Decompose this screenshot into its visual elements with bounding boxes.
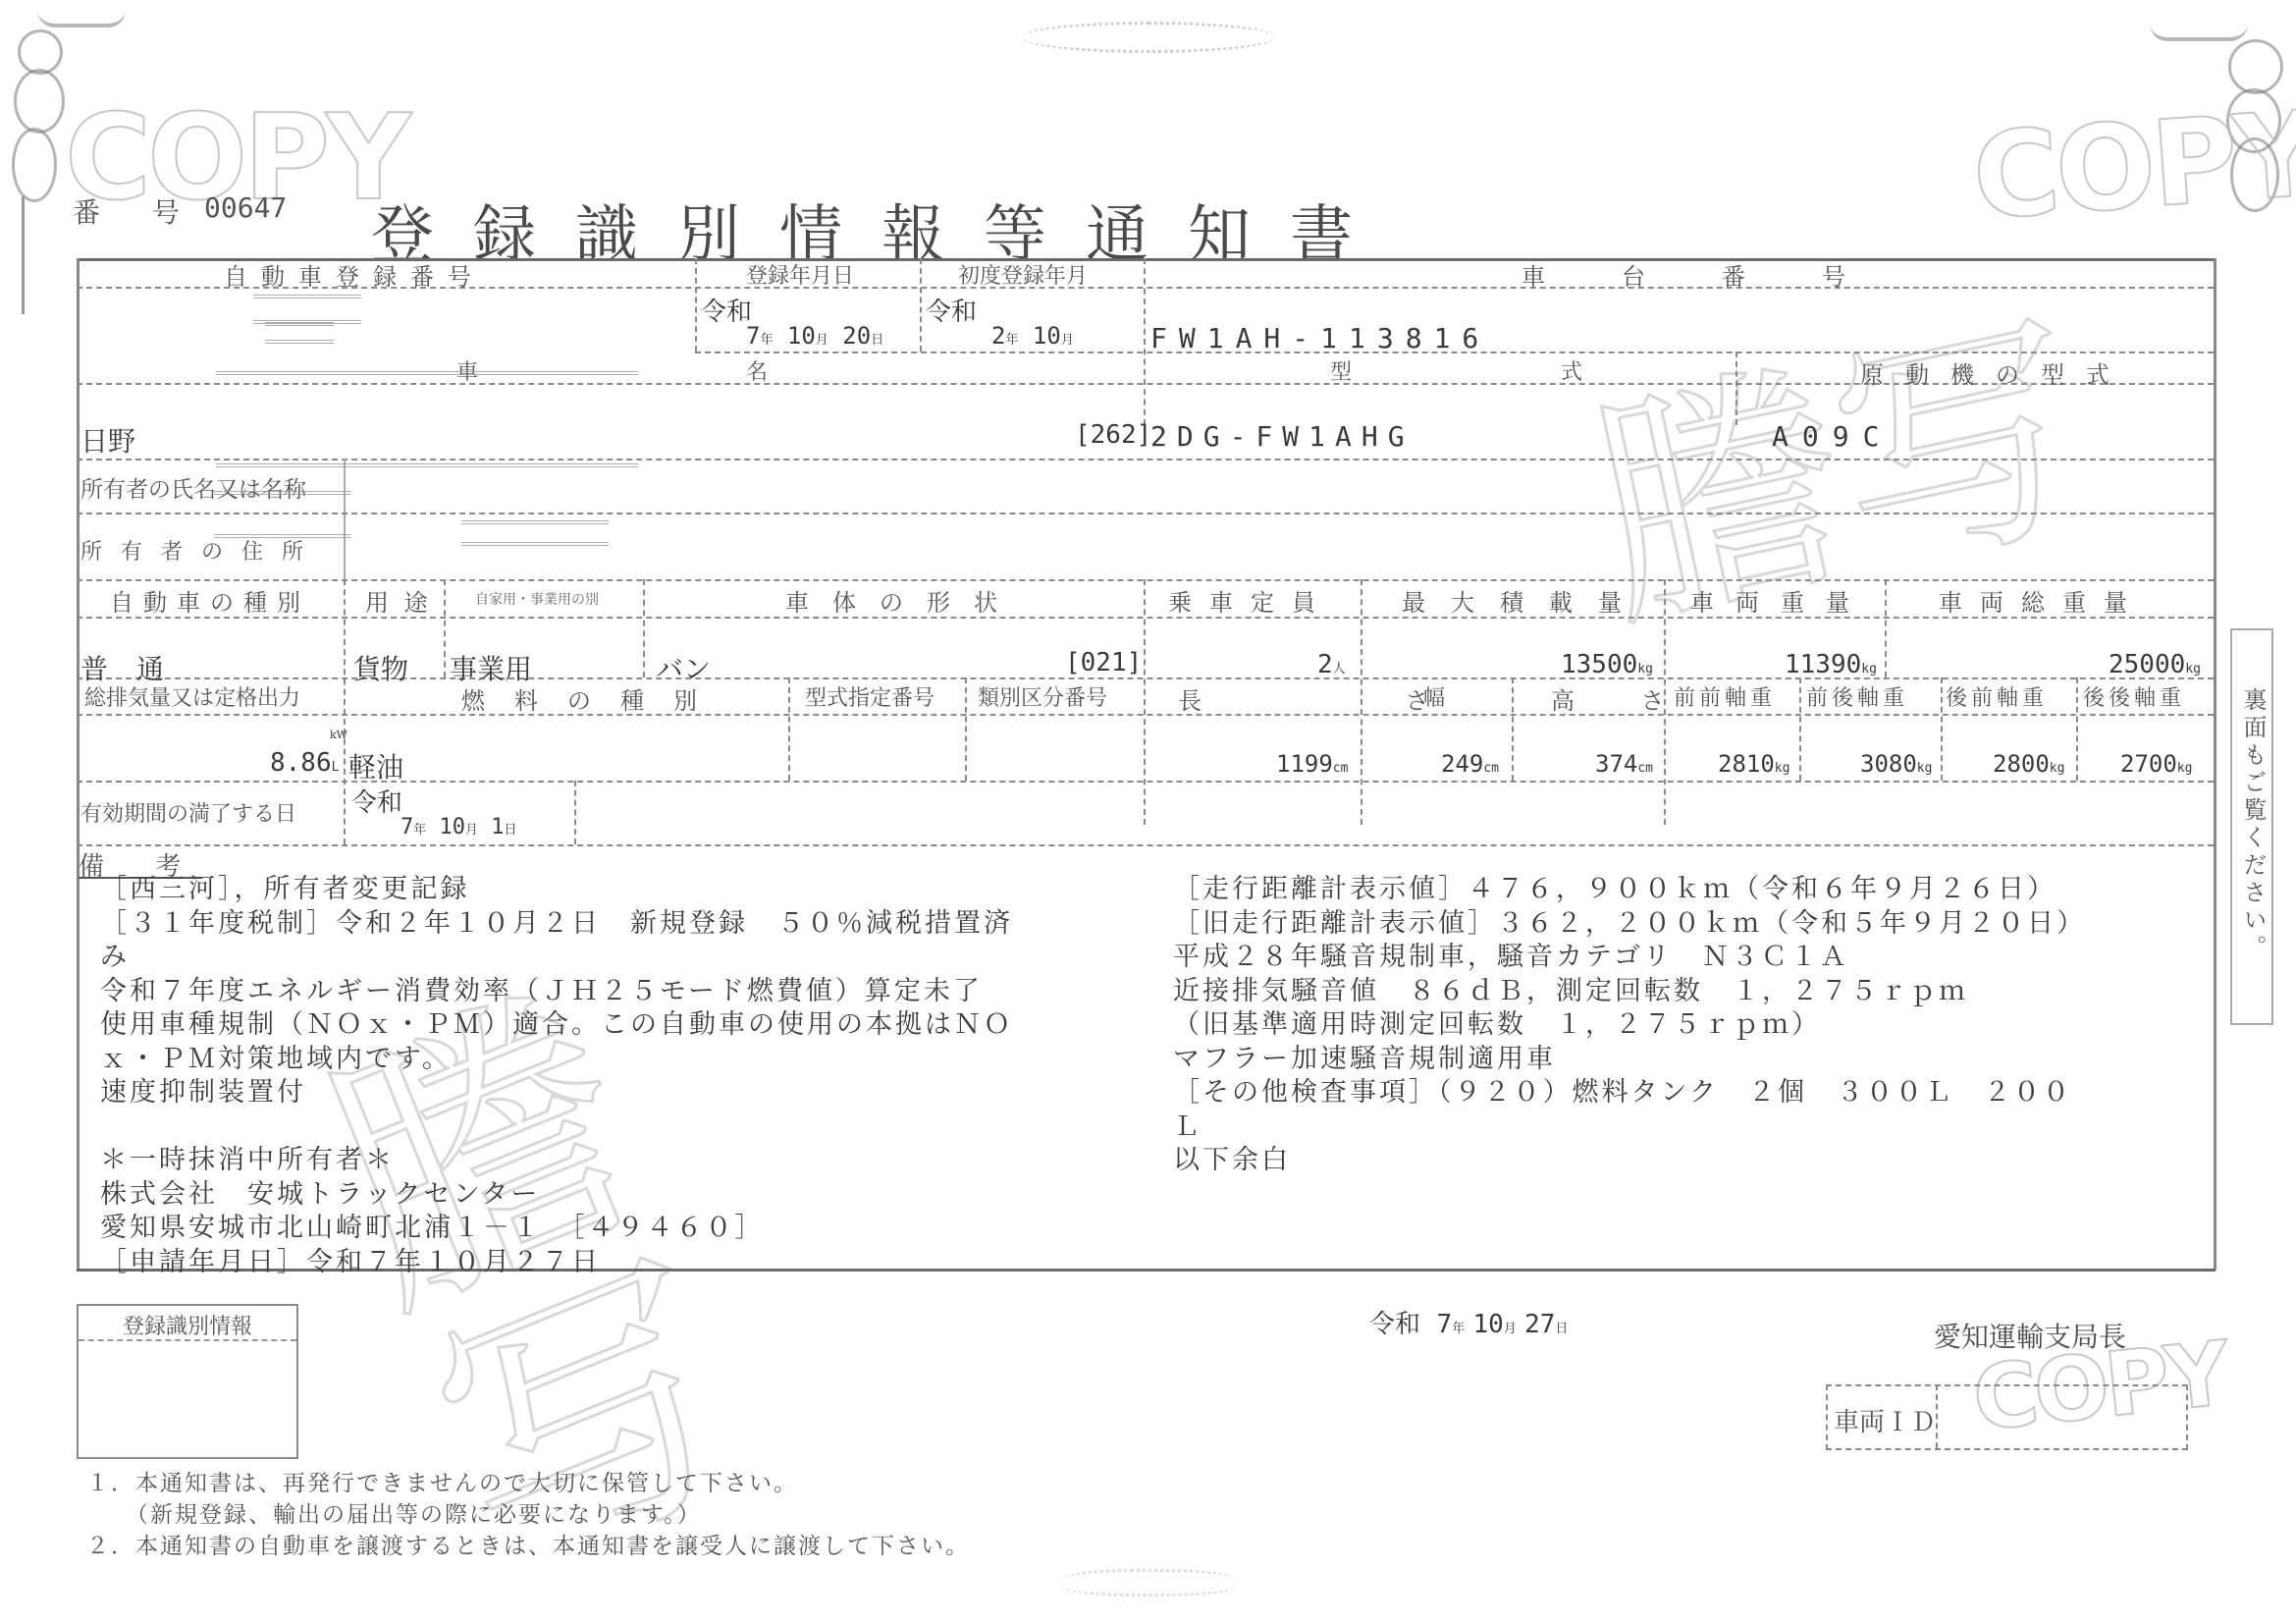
remarks-left-line: ＊一時抹消中所有者＊ (100, 1144, 1013, 1178)
remarks-right-line: 近接排気騒音値 ８６ｄＢ，測定回転数 １，２７５ｒｐｍ (1173, 975, 2086, 1009)
label-category-number: 類別区分番号 (978, 681, 1107, 712)
model-type: 2DG-FW1AHG (1150, 420, 1415, 453)
front-front-axle-weight: 2810kg (1718, 750, 1789, 778)
label-model-b: 式 (1561, 355, 1582, 386)
label-private-business: 自家用・事業用の別 (475, 589, 599, 609)
remarks-left-line: 愛知県安城市北山崎町北浦１－１ ［４９４６０］ (100, 1212, 1013, 1246)
label-length: 長 さ (1178, 681, 1527, 716)
label-use: 用 途 (365, 583, 432, 618)
redacted-vehicle-name (216, 371, 638, 467)
rear-front-axle-weight: 2800kg (1993, 750, 2064, 778)
label-height: 高 さ (1551, 681, 1694, 716)
registration-id-info-box: 登録識別情報 (77, 1304, 298, 1459)
label-model-a: 型 (1330, 355, 1352, 386)
redacted-registration-number (253, 295, 361, 324)
passenger-capacity: 2人 (1317, 650, 1346, 679)
remarks-left-line: 使用車種規制（ＮＯｘ・ＰＭ）適合。この自動車の使用の本拠はＮＯ (100, 1008, 1013, 1043)
label-front-rear-axle: 前後軸重 (1806, 681, 1908, 712)
expiry-era: 令和 (351, 783, 402, 819)
label-displacement: 総排気量又は定格出力 (84, 681, 300, 712)
body-code: [021] (1065, 648, 1142, 677)
remarks-right-line: Ｌ (1173, 1110, 2086, 1145)
chassis-number: FW1AH-113816 (1150, 322, 1490, 354)
label-max-load: 最大積載量 (1402, 583, 1647, 618)
expiry-date: 7年 10月 1日 (400, 815, 517, 839)
label-vehicle-weight: 車両重量 (1690, 583, 1871, 618)
footer-note-line: （新規登録、輸出の届出等の際に必要になります。） (86, 1499, 970, 1531)
redacted-registration-number-2 (265, 322, 334, 344)
registration-date-era: 令和 (701, 292, 752, 328)
displacement-unit-kw: kW (330, 729, 347, 741)
remarks-right-line: ［走行距離計表示値］４７６，９００ｋｍ（令和６年９月２６日） (1173, 873, 2086, 907)
maker-code: [262] (1075, 420, 1151, 450)
max-load: 13500kg (1561, 650, 1653, 679)
vehicle-weight: 11390kg (1785, 650, 1877, 679)
issuer: 愛知運輸支局長 (1934, 1316, 2126, 1355)
label-passenger-capacity: 乗車定員 (1168, 583, 1333, 618)
footer-notes: １．本通知書は、再発行できませんので大切に保管して下さい。（新規登録、輸出の届出… (86, 1468, 970, 1562)
label-vehicle-type: 自動車の種別 (110, 583, 310, 618)
label-first-registration: 初度登録年月 (958, 259, 1088, 290)
remarks-right-line: 平成２８年騒音規制車，騒音カテゴリ Ｎ３Ｃ１Ａ (1173, 941, 2086, 975)
fuel-type: 軽油 (348, 746, 403, 785)
ornament-top-center (1021, 22, 1276, 53)
label-fuel-type: 燃料の種別 (461, 681, 726, 716)
document-title: 登録識別情報等通知書 (371, 185, 1392, 275)
front-rear-axle-weight: 3080kg (1860, 750, 1932, 778)
gross-weight: 25000kg (2109, 650, 2201, 679)
remarks-right-line: ［その他検査事項］（９２０）燃料タンク ２個 ３００Ｌ ２００ (1173, 1076, 2086, 1110)
width: 249cm (1441, 750, 1499, 778)
label-vehicle-name-b: 名 (746, 355, 768, 386)
rear-rear-axle-weight: 2700kg (2120, 750, 2192, 778)
label-width: 幅 (1423, 681, 1445, 712)
label-type-designation: 型式指定番号 (805, 681, 934, 712)
remarks-right: ［走行距離計表示値］４７６，９００ｋｍ（令和６年９月２６日）［旧走行距離計表示値… (1173, 873, 2086, 1178)
copy-watermark-right: COPY (1969, 86, 2296, 246)
use: 貨物 (353, 648, 408, 687)
remarks-left-line (100, 1110, 1013, 1145)
remarks-right-line: ［旧走行距離計表示値］３６２，２００ｋｍ（令和５年９月２０日） (1173, 907, 2086, 942)
remarks-left-line: ［３１年度税制］令和２年１０月２日 新規登録 ５０％減税措置済 (100, 907, 1013, 942)
footer-note-line: １．本通知書は、再発行できませんので大切に保管して下さい。 (86, 1468, 970, 1499)
remarks-right-line: 以下余白 (1173, 1144, 2086, 1178)
registration-id-info-label: 登録識別情報 (79, 1306, 296, 1341)
document-number: 00647 (204, 191, 287, 224)
redacted-owner-name-2 (461, 520, 609, 546)
label-body-shape: 車体の形状 (785, 583, 1021, 618)
remarks-left-line: 速度抑制装置付 (100, 1076, 1013, 1110)
height: 374cm (1595, 750, 1653, 778)
label-rear-front-axle: 後前軸重 (1946, 681, 2048, 712)
footer-note-line: ２．本通知書の自動車を譲渡するときは、本通知書を譲受人に譲渡して下さい。 (86, 1531, 970, 1562)
label-rear-rear-axle: 後後軸重 (2083, 681, 2185, 712)
vehicle-id-value[interactable] (1940, 1386, 2183, 1445)
first-registration-era: 令和 (926, 292, 977, 328)
side-note: 裏面もご覧ください。 (2236, 687, 2270, 962)
label-registration-date: 登録年月日 (746, 259, 854, 290)
label-engine-model: 原動機の型式 (1860, 355, 2131, 390)
label-expiry-date: 有効期間の満了する日 (80, 797, 296, 828)
length: 1199cm (1276, 750, 1348, 778)
label-chassis-number: 車台番号 (1522, 257, 1922, 292)
displacement: 8.86L (270, 748, 339, 778)
remarks-left-line: ［申請年月日］令和７年１０月２７日 (100, 1246, 1013, 1280)
label-registration-number: 自動車登録番号 (224, 257, 485, 292)
remarks-right-line: （旧基準適用時測定回転数 １，２７５ｒｐｍ） (1173, 1008, 2086, 1043)
remarks-left-line: 株式会社 安城トラックセンター (100, 1178, 1013, 1213)
ornament-bottom-center (1060, 1569, 1237, 1597)
registration-date: 7年 10月 20日 (746, 322, 883, 350)
redacted-owner-name (214, 491, 351, 538)
remarks-left: ［西三河］，所有者変更記録［３１年度税制］令和２年１０月２日 新規登録 ５０％減… (100, 873, 1013, 1279)
engine-model: A09C (1772, 420, 1893, 453)
label-gross-weight: 車両総重量 (1939, 583, 2145, 618)
maker-name: 日野 (80, 420, 135, 460)
first-registration-date: 2年 10月 (991, 322, 1074, 350)
remarks-left-line: み (100, 941, 1013, 975)
vehicle-id-label: 車両ＩＤ (1834, 1402, 1936, 1438)
issue-date: 令和 7年 10月 27日 (1369, 1304, 1568, 1340)
label-front-front-axle: 前前軸重 (1674, 681, 1776, 712)
remarks-left-line: ［西三河］，所有者変更記録 (100, 873, 1013, 907)
remarks-left-line: ｘ・ＰＭ対策地域内です。 (100, 1043, 1013, 1077)
document-number-label: 番 号 (73, 191, 201, 231)
remarks-left-line: 令和７年度エネルギー消費効率（ＪＨ２５モード燃費値）算定未了 (100, 975, 1013, 1009)
label-owner-address: 所 有 者 の 住 所 (80, 535, 309, 566)
remarks-right-line: マフラー加速騒音規制適用車 (1173, 1043, 2086, 1077)
